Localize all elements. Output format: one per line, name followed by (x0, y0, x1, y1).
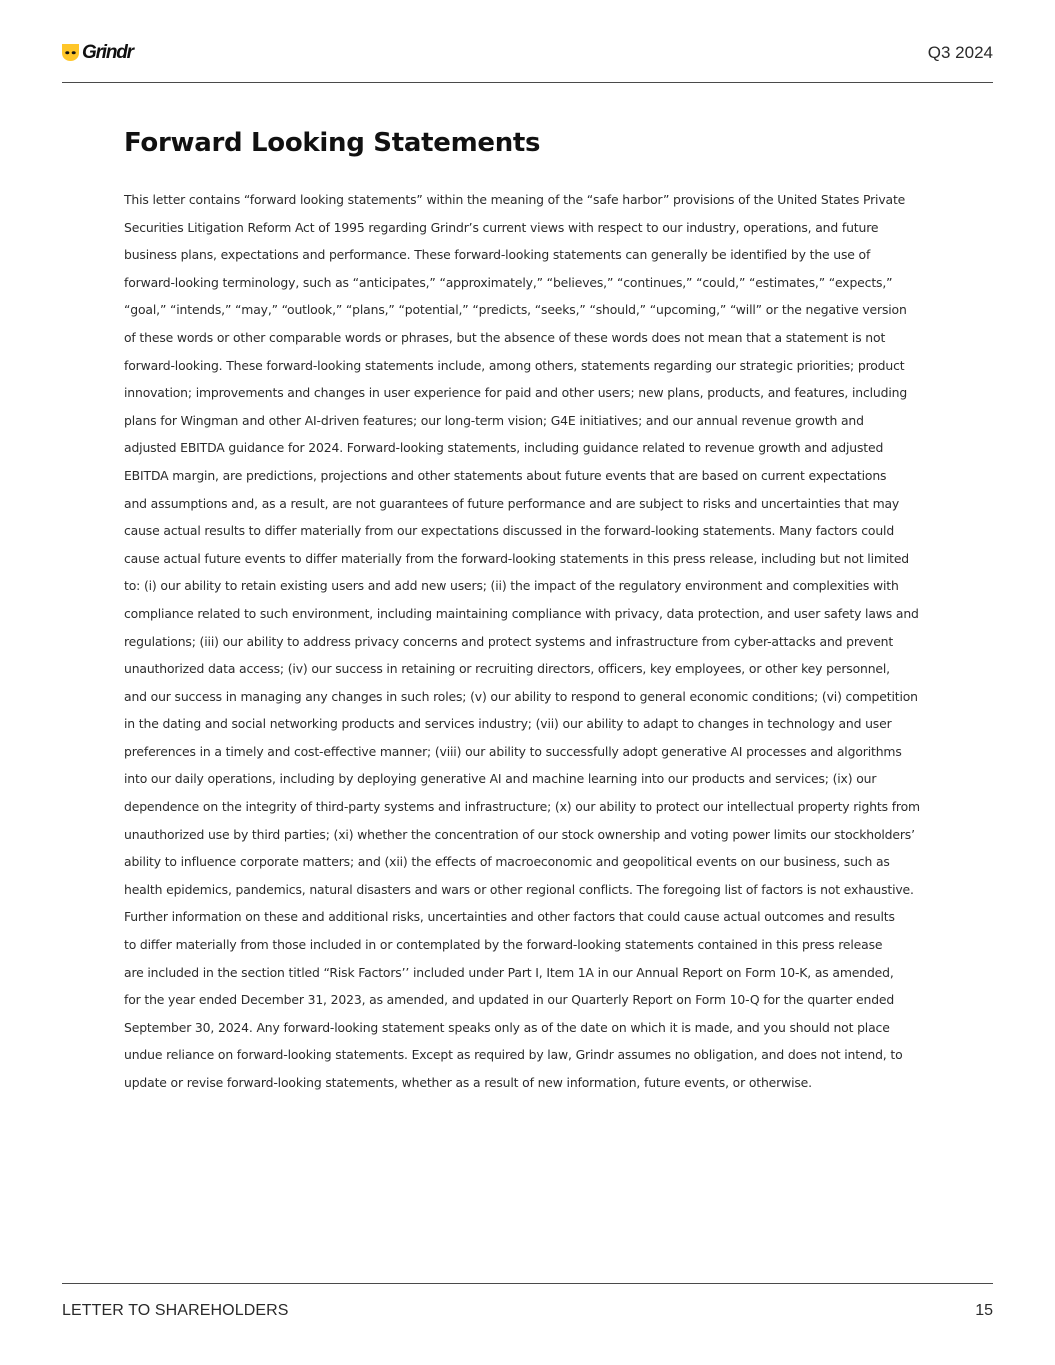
paragraph-line: forward-looking terminology, such as “an… (124, 269, 936, 297)
paragraph-line: “goal,” “intends,” “may,” “outlook,” “pl… (124, 296, 936, 324)
paragraph-line: preferences in a timely and cost-effecti… (124, 738, 936, 766)
paragraph-line: forward-looking. These forward-looking s… (124, 352, 936, 380)
paragraph-line: health epidemics, pandemics, natural dis… (124, 876, 936, 904)
paragraph-line: undue reliance on forward-looking statem… (124, 1041, 936, 1069)
paragraph-line: ability to influence corporate matters; … (124, 848, 936, 876)
logo-wordmark: Grindr (82, 44, 133, 61)
paragraph-line: plans for Wingman and other AI-driven fe… (124, 407, 936, 435)
paragraph-line: to differ materially from those included… (124, 931, 936, 959)
statement-paragraph: This letter contains “forward looking st… (124, 186, 936, 1097)
paragraph-line: Securities Litigation Reform Act of 1995… (124, 214, 936, 242)
paragraph-line: unauthorized data access; (iv) our succe… (124, 655, 936, 683)
paragraph-line: This letter contains “forward looking st… (124, 186, 936, 214)
report-period: Q3 2024 (928, 43, 993, 63)
header-divider (62, 82, 993, 83)
paragraph-line: to: (i) our ability to retain existing u… (124, 572, 936, 600)
paragraph-line: cause actual future events to differ mat… (124, 545, 936, 573)
paragraph-line: regulations; (iii) our ability to addres… (124, 628, 936, 656)
paragraph-line: unauthorized use by third parties; (xi) … (124, 821, 936, 849)
paragraph-line: business plans, expectations and perform… (124, 241, 936, 269)
paragraph-line: and our success in managing any changes … (124, 683, 936, 711)
paragraph-line: update or revise forward-looking stateme… (124, 1069, 936, 1097)
grindr-mask-icon (62, 44, 79, 61)
paragraph-line: compliance related to such environment, … (124, 600, 936, 628)
page-title: Forward Looking Statements (124, 128, 540, 158)
paragraph-line: in the dating and social networking prod… (124, 710, 936, 738)
paragraph-line: cause actual results to differ materiall… (124, 517, 936, 545)
paragraph-line: EBITDA margin, are predictions, projecti… (124, 462, 936, 490)
paragraph-line: Further information on these and additio… (124, 903, 936, 931)
grindr-logo: Grindr (62, 44, 133, 61)
paragraph-line: and assumptions and, as a result, are no… (124, 490, 936, 518)
paragraph-line: innovation; improvements and changes in … (124, 379, 936, 407)
paragraph-line: adjusted EBITDA guidance for 2024. Forwa… (124, 434, 936, 462)
paragraph-line: are included in the section titled “Risk… (124, 959, 936, 987)
paragraph-line: into our daily operations, including by … (124, 765, 936, 793)
page-number: 15 (975, 1302, 993, 1320)
paragraph-line: for the year ended December 31, 2023, as… (124, 986, 936, 1014)
page-header: Grindr Q3 2024 (62, 40, 993, 70)
paragraph-line: dependence on the integrity of third-par… (124, 793, 936, 821)
paragraph-line: September 30, 2024. Any forward-looking … (124, 1014, 936, 1042)
paragraph-line: of these words or other comparable words… (124, 324, 936, 352)
footer-divider (62, 1283, 993, 1284)
footer-section-label: LETTER TO SHAREHOLDERS (62, 1302, 289, 1320)
